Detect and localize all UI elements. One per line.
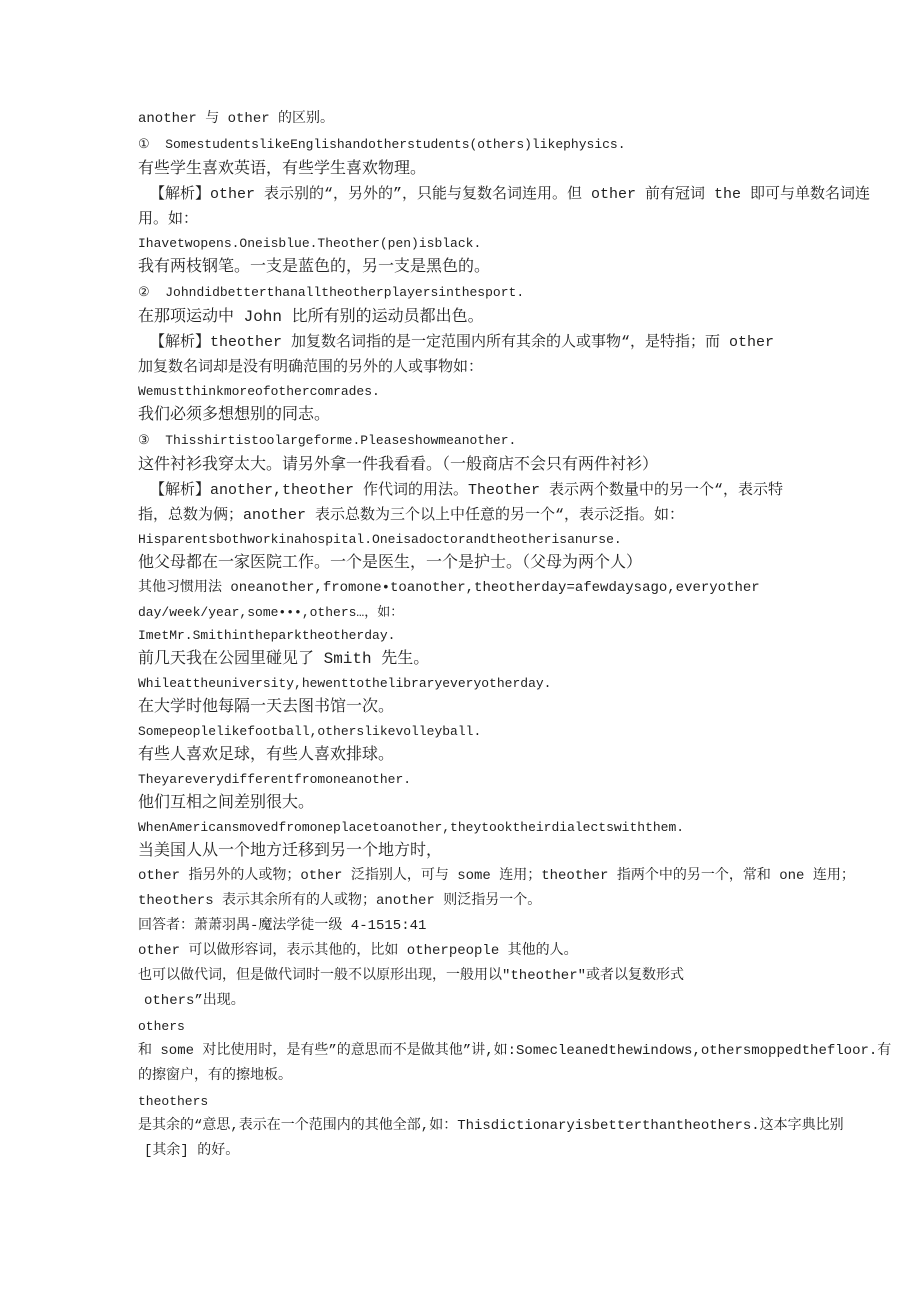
- theothers-label: theothers: [138, 1089, 802, 1114]
- others-explanation-line-1: 和 some 对比使用时，是有些”的意思而不是做其他”讲,如:Someclean…: [138, 1039, 802, 1064]
- example-comrades-translation: 我们必须多想想别的同志。: [138, 403, 802, 428]
- others-explanation-line-2: 的擦窗户，有的擦地板。: [138, 1064, 802, 1089]
- example-2-sentence: ② Johndidbetterthanalltheotherplayersint…: [138, 280, 802, 305]
- analysis-2-line-2: 加复数名词却是没有明确范围的另外的人或事物如：: [138, 355, 802, 380]
- example-parents-sentence: Hisparentsbothworkinahospital.Oneisadoct…: [138, 528, 802, 551]
- example-library-sentence: Whileattheuniversity,hewenttothelibrarye…: [138, 672, 802, 695]
- example-smith-sentence: ImetMr.Smithintheparktheotherday.: [138, 624, 802, 647]
- example-comrades-sentence: Wemustthinkmoreofothercomrades.: [138, 380, 802, 403]
- idiom-usage-line-1: 其他习惯用法 oneanother,fromone•toanother,theo…: [138, 576, 802, 601]
- other-adjective-note: other 可以做形容词，表示其他的，比如 otherpeople 其他的人。: [138, 939, 802, 964]
- other-pronoun-note-line-1: 也可以做代词，但是做代词时一般不以原形出现，一般用以"theother"或者以复…: [138, 964, 802, 989]
- analysis-3-line-2: 指，总数为俩；another 表示总数为三个以上中任意的另一个“，表示泛指。如：: [138, 503, 802, 528]
- example-1-sentence: ① SomestudentslikeEnglishandotherstudent…: [138, 132, 802, 157]
- example-pens-sentence: Ihavetwopens.Oneisblue.Theother(pen)isbl…: [138, 232, 802, 255]
- example-smith-translation: 前几天我在公园里碰见了 Smith 先生。: [138, 647, 802, 672]
- example-1-translation: 有些学生喜欢英语，有些学生喜欢物理。: [138, 157, 802, 182]
- analysis-2-line-1: 【解析】theother 加复数名词指的是一定范围内所有其余的人或事物“，是特指…: [138, 330, 802, 355]
- example-americans-sentence: WhenAmericansmovedfromoneplacetoanother,…: [138, 816, 802, 839]
- theothers-explanation-line-2: [其余] 的好。: [138, 1139, 802, 1164]
- analysis-1-line-2: 用。如：: [138, 207, 802, 232]
- example-2-translation: 在那项运动中 John 比所有别的运动员都出色。: [138, 305, 802, 330]
- idiom-usage-line-2: day/week/year,some•••,others…，如：: [138, 601, 802, 624]
- theothers-explanation-line-1: 是其余的“意思,表示在一个范围内的其他全部,如：Thisdictionaryis…: [138, 1114, 802, 1139]
- answerer-info: 回答者：萧萧羽禺-魔法学徒一级 4-1515:41: [138, 914, 802, 939]
- example-different-sentence: Theyareverydifferentfromoneanother.: [138, 768, 802, 791]
- example-3-translation: 这件衬衫我穿太大。请另外拿一件我看看。（一般商店不会只有两件衬衫）: [138, 453, 802, 478]
- example-parents-translation: 他父母都在一家医院工作。一个是医生，一个是护士。（父母为两个人）: [138, 551, 802, 576]
- example-different-translation: 他们互相之间差别很大。: [138, 791, 802, 816]
- others-label: others: [138, 1014, 802, 1039]
- example-library-translation: 在大学时他每隔一天去图书馆一次。: [138, 695, 802, 720]
- analysis-1-line-1: 【解析】other 表示别的“，另外的”，只能与复数名词连用。但 other 前…: [138, 182, 802, 207]
- analysis-3-line-1: 【解析】another,theother 作代词的用法。Theother 表示两…: [138, 478, 802, 503]
- summary-line-1: other 指另外的人或物；other 泛指别人，可与 some 连用；theo…: [138, 864, 802, 889]
- page-title: another 与 other 的区别。: [138, 106, 802, 132]
- example-3-sentence: ③ Thisshirtistoolargeforme.Pleaseshowmea…: [138, 428, 802, 453]
- example-football-translation: 有些人喜欢足球，有些人喜欢排球。: [138, 743, 802, 768]
- document-page: another 与 other 的区别。 ① SomestudentslikeE…: [0, 0, 920, 1303]
- other-pronoun-note-line-2: others”出现。: [138, 989, 802, 1014]
- example-football-sentence: Somepeoplelikefootball,otherslikevolleyb…: [138, 720, 802, 743]
- summary-line-2: theothers 表示其余所有的人或物；another 则泛指另一个。: [138, 889, 802, 914]
- example-pens-translation: 我有两枝钢笔。一支是蓝色的，另一支是黑色的。: [138, 255, 802, 280]
- example-americans-translation: 当美国人从一个地方迁移到另一个地方时，: [138, 839, 802, 864]
